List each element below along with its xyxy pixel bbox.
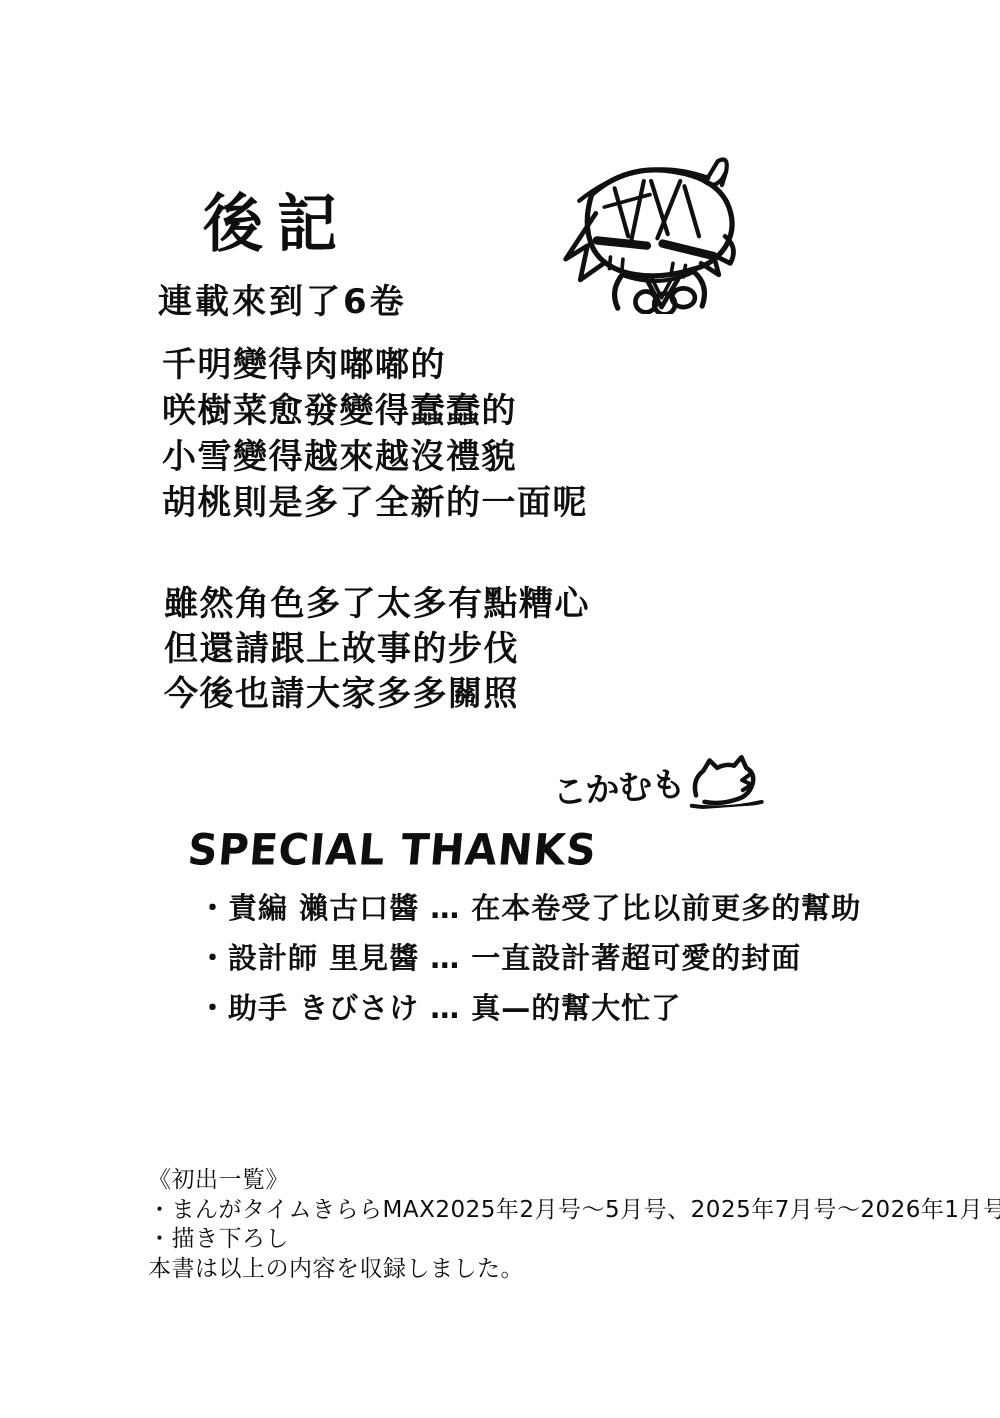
text-line: 咲樹菜愈發變得蠢蠢的 bbox=[162, 388, 588, 434]
thanks-item-editor: ・責編 瀨古口醬 … 在本卷受了比以前更多的幫助 bbox=[198, 892, 861, 925]
colophon-heading: 《初出一覧》 bbox=[148, 1166, 1000, 1196]
afterword-page: 後記 連載來到了6卷 bbox=[0, 0, 1000, 1418]
colophon-closing: 本書は以上の内容を収録しました。 bbox=[148, 1255, 1000, 1285]
intro-line: 連載來到了6卷 bbox=[158, 274, 407, 323]
colophon-line: ・まんがタイムきららMAX2025年2月号～5月号、2025年7月号～2026年… bbox=[148, 1196, 1000, 1226]
text-line: 小雪變得越來越沒禮貌 bbox=[162, 434, 588, 480]
thanks-item-designer: ・設計師 里見醬 … 一直設計著超可愛的封面 bbox=[198, 942, 861, 975]
first-publication-note: 《初出一覧》 ・まんがタイムきららMAX2025年2月号～5月号、2025年7月… bbox=[148, 1166, 1000, 1284]
text-line: 但還請跟上故事的步伐 bbox=[164, 627, 590, 672]
special-thanks-list: ・責編 瀨古口醬 … 在本卷受了比以前更多的幫助 ・設計師 里見醬 … 一直設計… bbox=[198, 892, 861, 1042]
text-line: 雖然角色多了太多有點糟心 bbox=[164, 582, 590, 627]
thanks-item-assistant: ・助手 きびさけ … 真—的幫大忙了 bbox=[198, 992, 861, 1025]
paragraph-characters: 千明變得肉嘟嘟的 咲樹菜愈發變得蠢蠢的 小雪變得越來越沒禮貌 胡桃則是多了全新的… bbox=[162, 342, 588, 526]
page-title: 後記 bbox=[203, 174, 351, 264]
bowing-chibi-sketch-icon bbox=[550, 146, 748, 314]
special-thanks-heading: SPECIAL THANKS bbox=[186, 825, 599, 875]
text-line: 千明變得肉嘟嘟的 bbox=[162, 342, 588, 388]
author-signature: こかむも bbox=[550, 745, 768, 820]
text-line: 今後也請大家多多關照 bbox=[164, 672, 590, 717]
text-line: 胡桃則是多了全新的一面呢 bbox=[162, 480, 588, 526]
paragraph-request: 雖然角色多了太多有點糟心 但還請跟上故事的步伐 今後也請大家多多關照 bbox=[164, 582, 590, 717]
colophon-line: ・描き下ろし bbox=[148, 1225, 1000, 1255]
cat-face-icon bbox=[686, 753, 767, 810]
signature-text: こかむも bbox=[551, 756, 686, 814]
